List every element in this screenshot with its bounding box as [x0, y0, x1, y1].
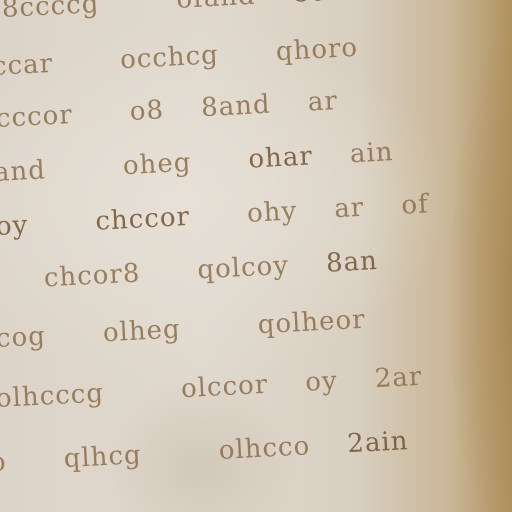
text-line-4: and oheg ohar ain [0, 136, 422, 188]
text-line-3: cccor o8 8and ar [0, 85, 366, 134]
word: ohar [248, 141, 314, 174]
word: ccar [0, 49, 54, 82]
word: cccor [0, 100, 73, 134]
word: ain [349, 137, 394, 169]
word: 8an [325, 246, 378, 279]
word: olheg [102, 314, 181, 348]
word: qlhcg [63, 440, 142, 474]
word: ofand [176, 0, 257, 15]
word: 8and [200, 90, 271, 124]
text-line-8: olhcccg olccor oy 2ar [0, 360, 451, 414]
word: 2ain [347, 426, 410, 459]
text-line-5: oy chccor ohy ar of [0, 188, 457, 242]
text-line-6: chcor8 qolcoy 8an [0, 245, 407, 296]
word: and [0, 155, 47, 188]
word: oheg [122, 148, 192, 182]
word: o8 [129, 95, 165, 127]
text-line-9: o qlhcg olhcco 2ain [0, 425, 437, 478]
word: oy [0, 210, 29, 242]
word: 2ar [374, 362, 423, 394]
text-line-7: cog olheg qolheor [0, 303, 394, 354]
text-line-1: 8ccccg ofand 8ccar [1, 0, 400, 24]
word: olhcccg [0, 378, 105, 414]
word: chcor8 [43, 258, 141, 293]
word: olccor [180, 370, 269, 405]
word: chccor [95, 202, 191, 237]
word: ar [307, 86, 338, 118]
manuscript-page: 8ccccg ofand 8ccar ccar occhcg qhoro ccc… [0, 0, 512, 512]
word: cog [0, 321, 47, 354]
word: of [401, 189, 430, 220]
word: 8ccar [292, 0, 372, 9]
word: qolheor [257, 305, 366, 341]
word: 8ccccg [1, 0, 100, 24]
word: ar [334, 193, 365, 225]
word: qhoro [275, 33, 359, 67]
word: o [0, 447, 7, 478]
text-line-2: ccar occhcg qhoro [0, 31, 387, 82]
word: qolcoy [197, 251, 290, 286]
word: occhcg [119, 40, 219, 75]
word: ohy [246, 196, 298, 229]
word: olhcco [218, 431, 311, 466]
word: oy [305, 366, 339, 398]
